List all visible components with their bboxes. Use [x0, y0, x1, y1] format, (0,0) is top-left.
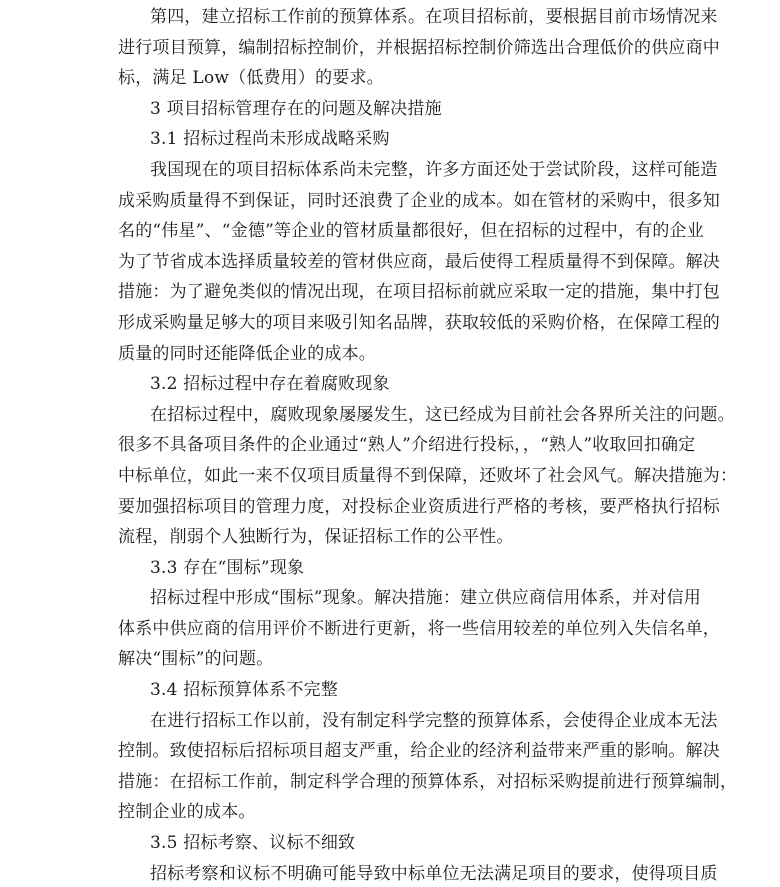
paragraph-line: 进行项目预算，编制招标控制价，并根据招标控制价筛选出合理低价的供应商中 — [118, 33, 668, 64]
paragraph-line: 在招标过程中，腐败现象屡屡发生，这已经成为目前社会各界所关注的问题。 — [118, 400, 668, 431]
section-heading: 3.1 招标过程尚未形成战略采购 — [118, 124, 668, 155]
section-heading: 3.2 招标过程中存在着腐败现象 — [118, 369, 668, 400]
section-heading: 3.3 存在“围标”现象 — [118, 553, 668, 584]
section-heading: 3.4 招标预算体系不完整 — [118, 675, 668, 706]
document-page: 第四，建立招标工作前的预算体系。在项目招标前，要根据目前市场情况来进行项目预算，… — [118, 2, 668, 887]
paragraph-line: 招标过程中形成“围标”现象。解决措施：建立供应商信用体系，并对信用 — [118, 583, 668, 614]
paragraph-line: 第四，建立招标工作前的预算体系。在项目招标前，要根据目前市场情况来 — [118, 2, 668, 33]
paragraph-line: 形成采购量足够大的项目来吸引知名品牌，获取较低的采购价格，在保障工程的 — [118, 308, 668, 339]
section-heading: 3 项目招标管理存在的问题及解决措施 — [118, 94, 668, 125]
paragraph-line: 质量的同时还能降低企业的成本。 — [118, 339, 668, 370]
paragraph-line: 标，满足 Low（低费用）的要求。 — [118, 63, 668, 94]
paragraph-line: 解决“围标”的问题。 — [118, 644, 668, 675]
paragraph-line: 控制。致使招标后招标项目超支严重，给企业的经济利益带来严重的影响。解决 — [118, 736, 668, 767]
section-heading: 3.5 招标考察、议标不细致 — [118, 828, 668, 859]
paragraph-line: 很多不具备项目条件的企业通过“熟人”介绍进行投标，，“熟人”收取回扣确定 — [118, 430, 668, 461]
paragraph-line: 为了节省成本选择质量较差的管材供应商，最后使得工程质量得不到保障。解决 — [118, 247, 668, 278]
paragraph-line: 中标单位，如此一来不仅项目质量得不到保障，还败坏了社会风气。解决措施为： — [118, 461, 668, 492]
paragraph-line: 流程，削弱个人独断行为，保证招标工作的公平性。 — [118, 522, 668, 553]
paragraph-line: 名的“伟星”、“金德”等企业的管材质量都很好，但在招标的过程中，有的企业 — [118, 216, 668, 247]
paragraph-line: 控制企业的成本。 — [118, 797, 668, 828]
paragraph-line: 措施：为了避免类似的情况出现，在项目招标前就应采取一定的措施，集中打包 — [118, 277, 668, 308]
paragraph-line: 要加强招标项目的管理力度，对投标企业资质进行严格的考核，要严格执行招标 — [118, 492, 668, 523]
paragraph-line: 招标考察和议标不明确可能导致中标单位无法满足项目的要求，使得项目质 — [118, 859, 668, 887]
paragraph-line: 我国现在的项目招标体系尚未完整，许多方面还处于尝试阶段，这样可能造 — [118, 155, 668, 186]
paragraph-line: 措施：在招标工作前，制定科学合理的预算体系，对招标采购提前进行预算编制， — [118, 767, 668, 798]
paragraph-line: 在进行招标工作以前，没有制定科学完整的预算体系，会使得企业成本无法 — [118, 706, 668, 737]
paragraph-line: 成采购质量得不到保证，同时还浪费了企业的成本。如在管材的采购中，很多知 — [118, 186, 668, 217]
paragraph-line: 体系中供应商的信用评价不断进行更新，将一些信用较差的单位列入失信名单， — [118, 614, 668, 645]
